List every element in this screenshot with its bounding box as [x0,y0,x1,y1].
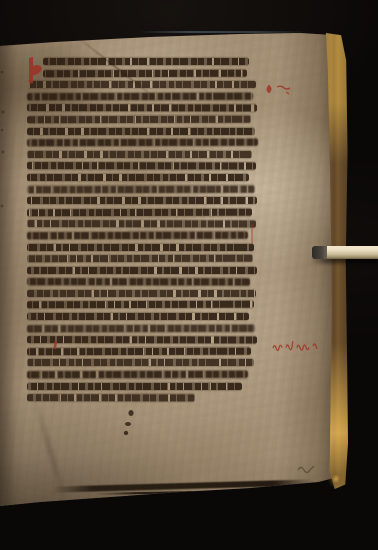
text-line [27,371,248,379]
text-line [27,232,248,240]
text-line [27,116,251,124]
text-line [27,128,255,135]
text-line [27,359,254,366]
text-line [27,139,258,147]
text-line [27,244,254,251]
manuscript-photo [0,0,378,550]
text-line [27,348,251,356]
gutter-shadow [0,40,16,506]
text-line [27,104,257,111]
text-line [27,278,250,285]
text-line [27,151,252,158]
fore-edge-corner-tuft [326,468,346,489]
text-line [43,58,249,65]
text-line [27,394,195,401]
text-line [43,69,247,77]
text-line [27,220,256,227]
text-line [27,383,242,390]
text-line [27,174,249,181]
text-line [27,301,254,309]
text-line [27,162,256,169]
parchment-page [0,0,378,550]
text-line [27,267,257,274]
text-line [27,208,252,216]
text-block [27,58,259,401]
text-line [27,290,256,297]
text-line [27,255,253,263]
top-leaf-edge-highlight [138,31,308,33]
pointer-stick-tip [312,246,327,259]
text-line [27,336,257,343]
text-line [27,92,253,100]
text-line [27,313,249,320]
text-line [27,185,255,193]
text-line [27,197,257,204]
text-line [27,324,255,332]
text-line [27,81,256,88]
